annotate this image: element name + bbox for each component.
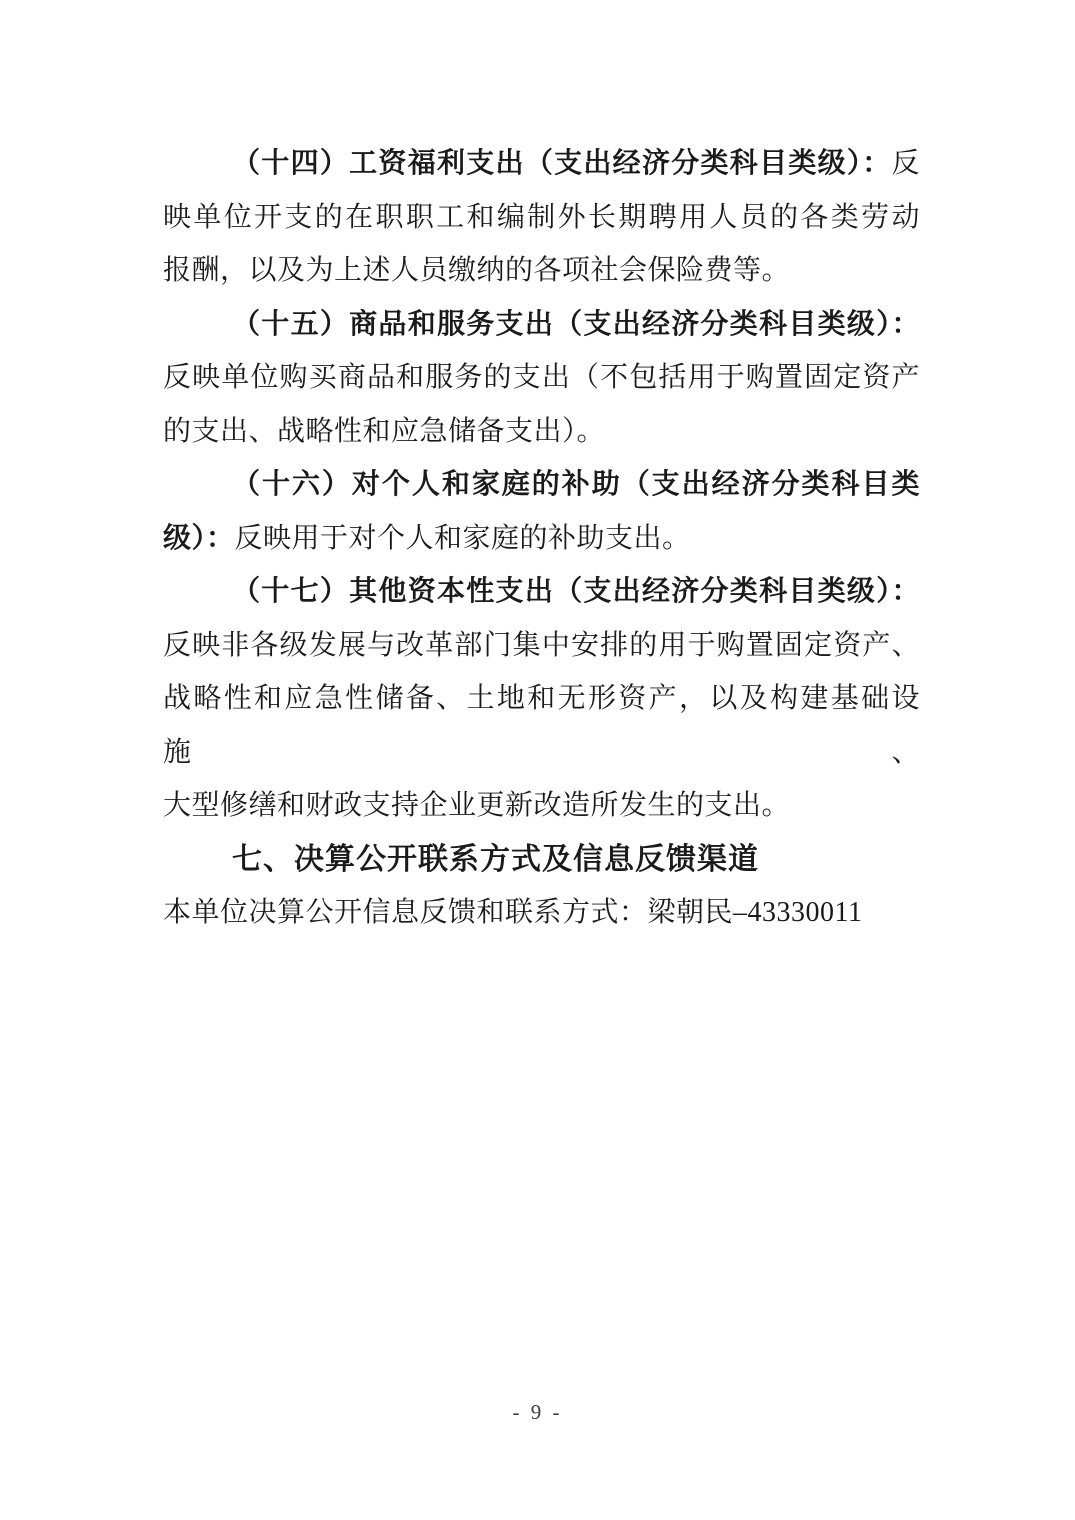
document-page: （十四）工资福利支出（支出经济分类科目类级）：反 映单位开支的在职职工和编制外长… bbox=[0, 0, 1075, 1520]
paragraph-17-lead: （十七）其他资本性支出（支出经济分类科目类级）： bbox=[232, 576, 920, 607]
text-run: 战略性和应急性储备、土地和无形资产，以及构建基础设施、 bbox=[163, 683, 920, 768]
text-run: 反映非各级发展与改革部门集中安排的用于购置固定资产、 bbox=[163, 630, 920, 661]
paragraph-15-lead: （十五）商品和服务支出（支出经济分类科目类级）： bbox=[232, 309, 920, 340]
paragraph-17-line-4: 大型修缮和财政支持企业更新改造所发生的支出。 bbox=[163, 779, 920, 833]
document-body: （十四）工资福利支出（支出经济分类科目类级）：反 映单位开支的在职职工和编制外长… bbox=[163, 137, 920, 940]
paragraph-16-line-1: （十六）对个人和家庭的补助（支出经济分类科目类 bbox=[163, 458, 920, 512]
text-run: 反映单位购买商品和服务的支出（不包括用于购置固定资产 bbox=[163, 362, 920, 393]
paragraph-14-lead: （十四）工资福利支出（支出经济分类科目类级）： bbox=[232, 148, 891, 179]
paragraph-15-line-1: （十五）商品和服务支出（支出经济分类科目类级）： bbox=[163, 298, 920, 352]
contact-line-text: 本单位决算公开信息反馈和联系方式：梁朝民–43330011 bbox=[163, 897, 862, 928]
paragraph-16-lead: （十六）对个人和家庭的补助（支出经济分类科目类 bbox=[232, 469, 920, 500]
text-run: 映单位开支的在职职工和编制外长期聘用人员的各类劳动 bbox=[163, 202, 920, 233]
paragraph-17-line-3: 战略性和应急性储备、土地和无形资产，以及构建基础设施、 bbox=[163, 672, 920, 779]
paragraph-17-line-2: 反映非各级发展与改革部门集中安排的用于购置固定资产、 bbox=[163, 619, 920, 673]
paragraph-14-body-start: 反 bbox=[891, 148, 920, 179]
paragraph-14-line-3: 报酬，以及为上述人员缴纳的各项社会保险费等。 bbox=[163, 244, 920, 298]
paragraph-14-line-2: 映单位开支的在职职工和编制外长期聘用人员的各类劳动 bbox=[163, 191, 920, 245]
text-run: 报酬，以及为上述人员缴纳的各项社会保险费等。 bbox=[163, 255, 790, 286]
section-heading: 七、决算公开联系方式及信息反馈渠道 bbox=[163, 833, 920, 887]
paragraph-15-line-2: 反映单位购买商品和服务的支出（不包括用于购置固定资产 bbox=[163, 351, 920, 405]
paragraph-15-line-3: 的支出、战略性和应急储备支出）。 bbox=[163, 405, 920, 459]
contact-line: 本单位决算公开信息反馈和联系方式：梁朝民–43330011 bbox=[163, 886, 920, 940]
text-run: 大型修缮和财政支持企业更新改造所发生的支出。 bbox=[163, 790, 790, 821]
paragraph-16-body: 反映用于对个人和家庭的补助支出。 bbox=[235, 523, 691, 554]
paragraph-16-line-2: 级）：反映用于对个人和家庭的补助支出。 bbox=[163, 512, 920, 566]
paragraph-17-line-1: （十七）其他资本性支出（支出经济分类科目类级）： bbox=[163, 565, 920, 619]
paragraph-14-line-1: （十四）工资福利支出（支出经济分类科目类级）：反 bbox=[163, 137, 920, 191]
paragraph-16-lead-continued: 级）： bbox=[163, 523, 235, 554]
text-run: 的支出、战略性和应急储备支出）。 bbox=[163, 416, 605, 447]
section-heading-text: 七、决算公开联系方式及信息反馈渠道 bbox=[232, 843, 759, 876]
page-number: - 9 - bbox=[0, 1400, 1075, 1425]
